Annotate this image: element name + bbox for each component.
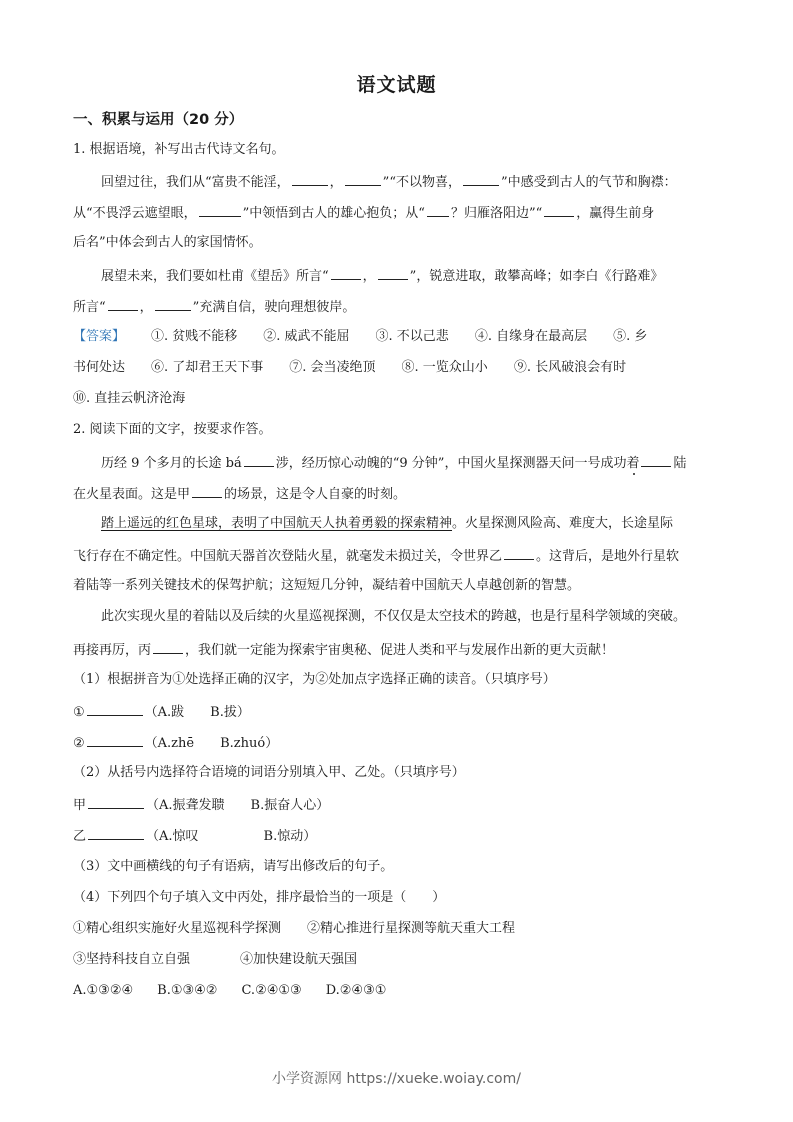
blank-bing[interactable]: [153, 640, 183, 654]
sub1-item-2: ②（A.zhē B.zhuó）: [73, 733, 278, 753]
q1-para1-line2: 从“不畏浮云遮望眼，”中领悟到古人的雄心抱负；从“？归雁洛阳边”“，赢得生前身: [73, 203, 654, 223]
q1-para2-line1: 展望未来，我们要如杜甫《望岳》所言“，”，锐意进取，敢攀高峰；如李白《行路难》: [101, 266, 663, 286]
blank-2[interactable]: [641, 453, 671, 467]
blank[interactable]: [544, 203, 574, 217]
q2-p3-line2: 再接再厉，丙，我们就一定能为探索宇宙奥秘、促进人类和平与发展作出新的更大贡献！: [73, 640, 614, 660]
choice-c[interactable]: C.②④①③: [241, 983, 301, 998]
sub-question-3: （3）文中画横线的句子有语病，请写出修改后的句子。: [73, 858, 393, 876]
q1-prompt: 1. 根据语境，补写出古代诗文名句。: [73, 141, 285, 159]
q1-answers-line3: ⑩. 直挂云帆济沧海: [73, 390, 185, 408]
sub-question-1: （1）根据拼音为①处选择正确的汉字，为②处加点字选择正确的读音。（只填序号）: [73, 671, 556, 689]
underlined-sentence: 踏上遥远的红色星球，表明了中国航天人执着勇毅的探索精神: [101, 516, 452, 531]
answer-blank[interactable]: [88, 795, 144, 809]
answer-blank[interactable]: [87, 702, 143, 716]
choice-d[interactable]: D.②④③①: [326, 983, 387, 998]
blank[interactable]: [108, 297, 138, 311]
section-heading: 一、积累与运用（20 分）: [73, 108, 243, 129]
q2-p1-line1: 历经 9 个多月的长途 bá涉，经历惊心动魄的“9 分钟”，中国火星探测器天问一…: [101, 453, 686, 473]
blank[interactable]: [331, 266, 361, 280]
choice-b[interactable]: B.①③④②: [157, 983, 217, 998]
q1-para2-line2: 所言“，”充满自信，驶向理想彼岸。: [73, 297, 355, 317]
dotted-char: 着: [626, 456, 639, 471]
answer-blank[interactable]: [88, 826, 144, 840]
blank[interactable]: [155, 297, 191, 311]
blank[interactable]: [427, 203, 449, 217]
q2-p2-line2: 飞行存在不确定性。中国航天器首次登陆火星，就毫发未损过关，令世界乙。这背后，是地…: [73, 546, 679, 566]
sub4-choices: A.①③②④B.①③④②C.②④①③D.②④③①: [73, 982, 386, 1000]
choice-a[interactable]: A.①③②④: [73, 983, 133, 998]
blank[interactable]: [199, 203, 241, 217]
q2-p3-line1: 此次实现火星的着陆以及后续的火星巡视探测，不仅仅是太空技术的跨越，也是行星科学领…: [101, 608, 686, 626]
q2-p2-line1: 踏上遥远的红色星球，表明了中国航天人执着勇毅的探索精神。火星探测风险高、难度大，…: [101, 515, 673, 533]
sub4-sentences-3-4: ③坚持科技自立自强④加快建设航天强国: [73, 951, 357, 969]
blank[interactable]: [345, 172, 381, 186]
q2-prompt: 2. 阅读下面的文字，按要求作答。: [73, 421, 272, 439]
sub2-item-jia: 甲（A.振聋发聩 B.振奋人心）: [73, 795, 329, 815]
q1-para1-line3: 后名”中体会到古人的家国情怀。: [73, 234, 262, 252]
answer-blank[interactable]: [87, 733, 143, 747]
blank[interactable]: [463, 172, 499, 186]
q2-p2-line3: 着陆等一系列关键技术的保驾护航；这短短几分钟，凝结着中国航天人卓越创新的智慧。: [73, 577, 580, 595]
blank-1[interactable]: [244, 453, 274, 467]
sub-question-2: （2）从括号内选择符合语境的词语分别填入甲、乙处。（只填序号）: [73, 764, 465, 782]
blank[interactable]: [292, 172, 328, 186]
sub-question-4: （4）下列四个句子填入文中丙处，排序最恰当的一项是（ ）: [73, 889, 445, 907]
q1-answers-line1: 【答案】①. 贫贱不能移②. 威武不能屈③. 不以己悲④. 自缘身在最高层⑤. …: [73, 328, 647, 346]
blank[interactable]: [378, 266, 408, 280]
sub1-item-1: ①（A.跋 B.拔）: [73, 702, 250, 722]
sub2-item-yi: 乙（A.惊叹 B.惊动）: [73, 826, 316, 846]
blank-yi[interactable]: [504, 546, 534, 560]
blank-jia[interactable]: [192, 484, 222, 498]
answer-tag: 【答案】: [73, 329, 125, 344]
exam-page: 语文试题 一、积累与运用（20 分） 1. 根据语境，补写出古代诗文名句。 回望…: [0, 0, 793, 1122]
sub4-sentences-1-2: ①精心组织实施好火星巡视科学探测②精心推进行星探测等航天重大工程: [73, 920, 515, 938]
q1-answers-line2: 书何处达⑥. 了却君王天下事⑦. 会当凌绝顶⑧. 一览众山小⑨. 长风破浪会有时: [73, 359, 626, 377]
footer-watermark: 小学资源网 https://xueke.woiay.com/: [0, 1068, 793, 1088]
page-title: 语文试题: [0, 70, 793, 97]
q2-p1-line2: 在火星表面。这是甲的场景，这是令人自豪的时刻。: [73, 484, 406, 504]
q1-para1-line1: 回望过往，我们从“富贵不能淫，，”“不以物喜，”中感受到古人的气节和胸襟：: [101, 172, 677, 192]
